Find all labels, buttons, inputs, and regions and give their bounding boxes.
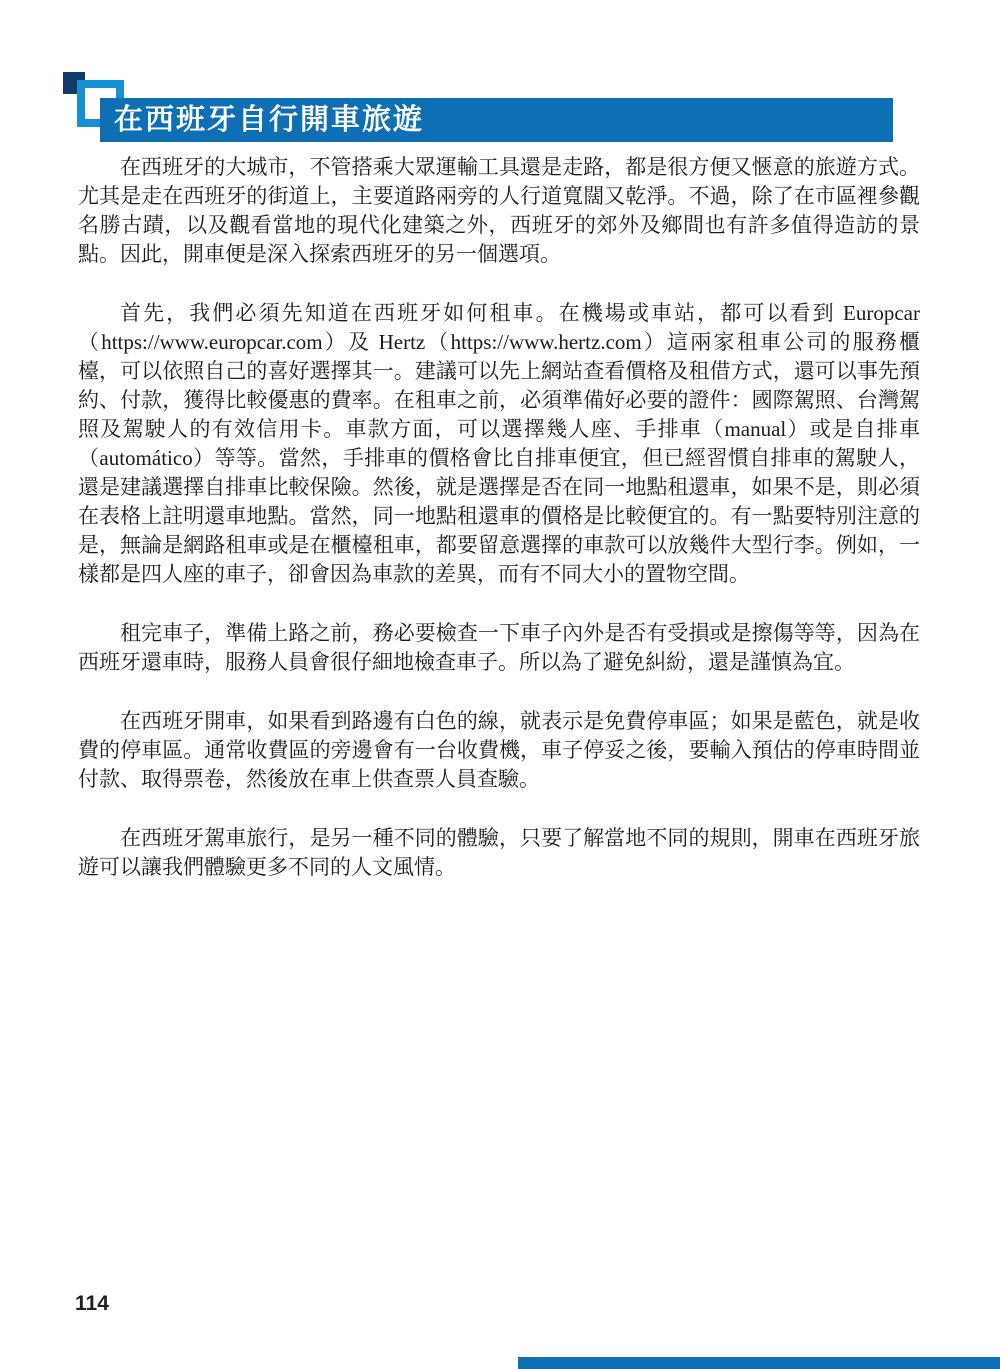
footer-color-bar bbox=[518, 1357, 1000, 1369]
section-title: 在西班牙自行開車旅遊 bbox=[100, 98, 893, 142]
paragraph-intro: 在西班牙的大城市，不管搭乘大眾運輸工具還是走路，都是很方便又愜意的旅遊方式。尤其… bbox=[78, 153, 920, 269]
paragraph-inspection: 租完車子，準備上路之前，務必要檢查一下車子內外是否有受損或是擦傷等等，因為在西班… bbox=[78, 619, 920, 677]
page-number: 114 bbox=[75, 1292, 109, 1316]
article-body: 在西班牙的大城市，不管搭乘大眾運輸工具還是走路，都是很方便又愜意的旅遊方式。尤其… bbox=[78, 153, 920, 912]
paragraph-parking: 在西班牙開車，如果看到路邊有白色的線，就表示是免費停車區；如果是藍色，就是收費的… bbox=[78, 707, 920, 794]
section-header-bar: 在西班牙自行開車旅遊 bbox=[100, 98, 893, 142]
paragraph-car-rental: 首先，我們必須先知道在西班牙如何租車。在機場或車站，都可以看到 Europcar… bbox=[78, 299, 920, 589]
book-page: 在西班牙自行開車旅遊 在西班牙的大城市，不管搭乘大眾運輸工具還是走路，都是很方便… bbox=[0, 0, 1000, 1369]
paragraph-closing: 在西班牙駕車旅行，是另一種不同的體驗，只要了解當地不同的規則，開車在西班牙旅遊可… bbox=[78, 824, 920, 882]
